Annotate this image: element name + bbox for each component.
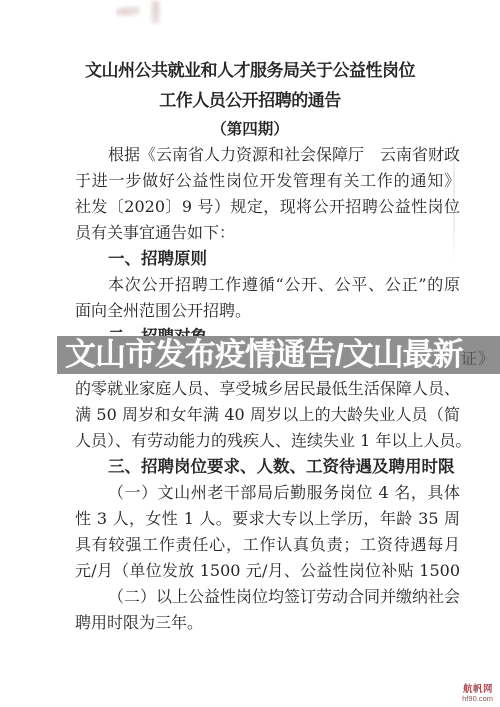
site-watermark: 航帆网 hf90.com xyxy=(462,685,493,703)
document-line: 本次公开招聘工作遵循“公开、公平、公正”的原则， xyxy=(75,272,460,298)
document-line: （二）以上公益性岗位均签订劳动合同并缴纳社会保险， xyxy=(75,584,460,610)
document-line: 的零就业家庭人员、享受城乡居民最低生活保障人员、男年 xyxy=(75,376,460,402)
red-stamp-artifact xyxy=(149,1,162,24)
scanned-notice-page: 文山州公共就业和人才服务局关于公益性岗位 工作人员公开招聘的通告 （第四期） 根… xyxy=(0,0,500,707)
document-line: 面向全州范围公开招聘。 xyxy=(75,298,460,324)
document-line: 元/月（单位发放 1500 元/月、公益性岗位补贴 1500 元/月）。 xyxy=(75,558,460,584)
document-body: 根据《云南省人力资源和社会保障厅 云南省财政厅关 于进一步做好公益性岗位开发管理… xyxy=(75,142,460,636)
section-heading-1: 一、招聘原则 xyxy=(75,246,460,272)
document-title-line-2: 工作人员公开招聘的通告 xyxy=(0,86,500,116)
document-line: 人员）、有劳动能力的残疾人、连续失业 1 年以上人员。 xyxy=(75,428,460,454)
document-line: （一）文山州老干部局后勤服务岗位 4 名，具体招聘男 xyxy=(75,480,460,506)
document-title-line-1: 文山州公共就业和人才服务局关于公益性岗位 xyxy=(0,56,500,86)
document-line: 具有较强工作责任心，工作认真负责；工资待遇每月 3000 xyxy=(75,532,460,558)
document-line: 根据《云南省人力资源和社会保障厅 云南省财政厅关 xyxy=(75,142,460,168)
document-line: 于进一步做好公益性岗位开发管理有关工作的通知》（云人 xyxy=(75,168,460,194)
overlay-banner-text: 文山市发布疫情通告/文山最新 xyxy=(65,335,463,375)
document-subtitle: （第四期） xyxy=(0,116,500,142)
document-line: 社发〔2020〕9 号）规定，现将公开招聘公益性岗位工作人 xyxy=(75,194,460,220)
document-line: 性 3 人，女性 1 人。要求大专以上学历，年龄 35 周岁以下， xyxy=(75,506,460,532)
document-title-block: 文山州公共就业和人才服务局关于公益性岗位 工作人员公开招聘的通告 （第四期） xyxy=(0,56,500,142)
overlay-banner: 文山市发布疫情通告/文山最新 证》 xyxy=(57,336,500,374)
document-line: 员有关事宜通告如下： xyxy=(75,220,460,246)
document-line: 满 50 周岁和女年满 40 周岁以上的大龄失业人员（简称“4050” xyxy=(75,402,460,428)
site-watermark-url: hf90.com xyxy=(462,695,493,703)
document-line: 聘用时限为三年。 xyxy=(75,610,460,636)
section-heading-3: 三、招聘岗位要求、人数、工资待遇及聘用时限 xyxy=(75,454,460,480)
red-stamp-artifact xyxy=(116,6,140,18)
covered-text-fragment: 证》 xyxy=(461,346,495,369)
